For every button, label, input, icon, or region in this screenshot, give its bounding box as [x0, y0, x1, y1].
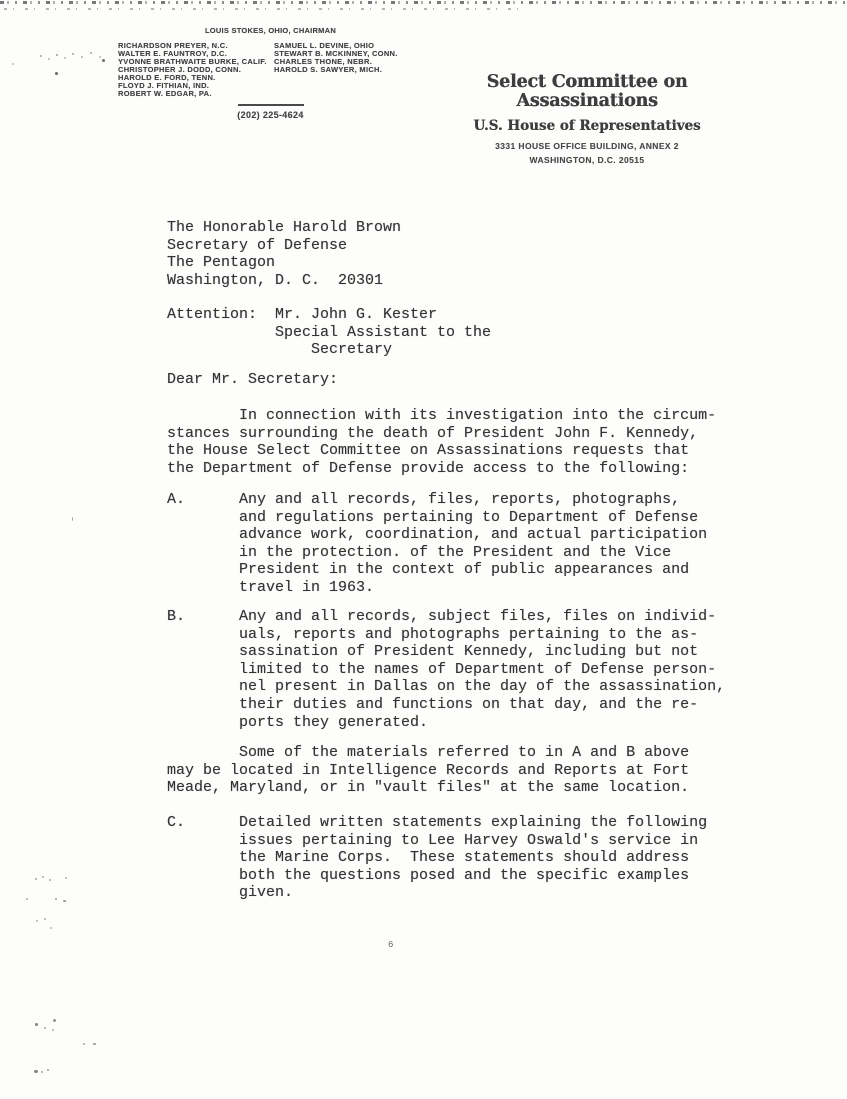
scan-speckle: [65, 877, 67, 879]
recipient-address: The Honorable Harold Brown Secretary of …: [167, 219, 401, 289]
scan-speckle: [99, 56, 101, 58]
scan-speckle: [42, 876, 44, 878]
scan-speckle: [34, 1070, 38, 1073]
scan-speckle: [36, 920, 38, 922]
letterhead-members-block: LOUIS STOKES, OHIO, CHAIRMAN RICHARDSON …: [118, 27, 423, 120]
scan-speckle: [63, 900, 66, 902]
scan-speckle: [41, 1071, 43, 1073]
scan-speckle: [35, 878, 37, 880]
scan-speckle: [44, 1027, 46, 1029]
scan-edge-artifact: [0, 1, 847, 4]
scan-speckle: [26, 898, 28, 900]
scan-speckle: [90, 52, 92, 54]
chairman-line: LOUIS STOKES, OHIO, CHAIRMAN: [118, 27, 423, 35]
paragraph-intro: In connection with its investigation int…: [167, 407, 716, 477]
stray-typed-mark: 6: [388, 940, 393, 950]
scan-speckle: [72, 517, 73, 521]
scan-speckle: [55, 898, 57, 900]
scan-edge-artifact-secondary: [4, 8, 529, 10]
scan-speckle: [35, 1023, 38, 1026]
letter-page: LOUIS STOKES, OHIO, CHAIRMAN RICHARDSON …: [0, 0, 847, 1099]
scan-speckle: [47, 1069, 49, 1071]
scan-speckle: [81, 56, 83, 58]
committee-name: Select Committee on Assassinations: [422, 73, 752, 111]
scan-speckle: [55, 72, 58, 75]
letterhead-title-block: Select Committee on Assassinations U.S. …: [422, 73, 752, 165]
paragraph-item-b: B. Any and all records, subject files, f…: [167, 608, 725, 731]
scan-speckle: [93, 1043, 96, 1045]
paragraph-item-c: C. Detailed written statements explainin…: [167, 814, 707, 902]
scan-speckle: [12, 63, 14, 65]
scan-speckle: [64, 57, 66, 59]
attention-block: Attention: Mr. John G. Kester Special As…: [167, 306, 491, 359]
scan-speckle: [44, 918, 46, 920]
scan-speckle: [72, 53, 74, 55]
member-list-right: SAMUEL L. DEVINE, OHIO STEWART B. MCKINN…: [274, 42, 398, 98]
member-list-left: RICHARDSON PREYER, N.C. WALTER E. FAUNTR…: [118, 42, 274, 98]
letterhead-divider-rule: [238, 104, 304, 106]
phone-number: (202) 225-4624: [118, 110, 423, 120]
paragraph-item-a: A. Any and all records, files, reports, …: [167, 491, 707, 597]
address-line-1: 3331 HOUSE OFFICE BUILDING, ANNEX 2: [422, 142, 752, 151]
salutation: Dear Mr. Secretary:: [167, 371, 338, 389]
member-columns: RICHARDSON PREYER, N.C. WALTER E. FAUNTR…: [118, 42, 423, 98]
chamber-name: U.S. House of Representatives: [422, 119, 752, 134]
scan-speckle: [53, 1019, 56, 1022]
scan-speckle: [102, 59, 105, 62]
scan-speckle: [83, 1043, 85, 1045]
scan-speckle: [50, 927, 52, 929]
scan-speckle: [56, 54, 58, 56]
scan-speckle: [49, 879, 51, 881]
scan-speckle: [40, 55, 42, 57]
paragraph-middle: Some of the materials referred to in A a…: [167, 744, 689, 797]
scan-speckle: [48, 58, 50, 60]
scan-speckle: [52, 1029, 54, 1031]
address-line-2: WASHINGTON, D.C. 20515: [422, 156, 752, 165]
